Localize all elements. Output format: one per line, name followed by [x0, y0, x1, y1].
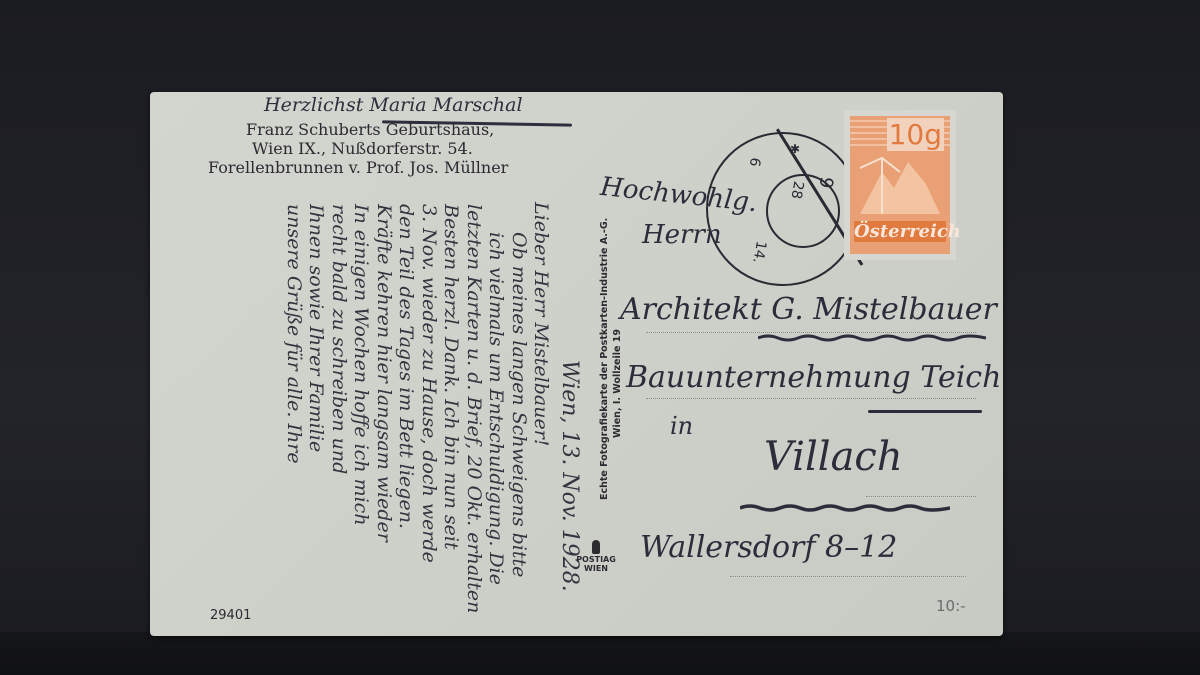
caption-line-2: Wien IX., Nußdorferstr. 54.: [208, 139, 508, 158]
stamp-design: 10g Österreich: [850, 116, 950, 254]
message-column: Ob meines langen Schweigens bitte: [508, 232, 530, 577]
caption-line-1: Franz Schuberts Geburtshaus,: [208, 120, 508, 139]
company-underline: [868, 410, 982, 413]
postmark-year: 28: [787, 180, 806, 200]
printed-caption: Franz Schuberts Geburtshaus, Wien IX., N…: [208, 120, 508, 177]
message-column: letzten Karten u. d. Brief, 20 Okt. erha…: [463, 204, 485, 613]
message-column: Ihnen sowie Ihrer Familie: [305, 204, 327, 452]
address-line-4: [730, 576, 966, 577]
handwritten-signature: Herzlichst Maria Marschal: [264, 94, 523, 116]
postcard: Herzlichst Maria Marschal Franz Schubert…: [150, 92, 1003, 636]
pencil-price-note: 10:-: [936, 597, 966, 615]
address-line-1: [646, 332, 976, 333]
display-shelf: [0, 632, 1200, 675]
address-city: Villach: [764, 434, 903, 480]
postmark-day: 6: [746, 156, 763, 168]
mountain-icon: [860, 154, 940, 214]
logo-figure-icon: [592, 540, 600, 554]
city-underline-wave: [740, 504, 950, 512]
address-company: Bauunternehmung Teich: [626, 360, 1001, 395]
address-street: Wallersdorf 8–12: [640, 530, 897, 565]
postmark-time: 14.: [749, 240, 769, 265]
name-underline-wave: [758, 334, 986, 342]
address-title: Herrn: [642, 220, 722, 250]
logo-text-1: POSTIAG: [575, 555, 617, 564]
message-column: Besten herzl. Dank. Ich bin nun seit: [440, 204, 462, 550]
message-column: unsere Grüße für alle. Ihre: [283, 204, 305, 464]
serial-number: 29401: [210, 608, 251, 623]
message-column: recht bald zu schreiben und: [328, 204, 350, 474]
publisher-logo: POSTIAG WIEN: [575, 540, 617, 573]
postmark-star-icon: ✱: [790, 142, 800, 156]
address-city-prefix: in: [670, 412, 693, 440]
address-line-2: [646, 398, 976, 399]
publisher-imprint: Echte Fotografiekarte der Postkarten-Ind…: [598, 218, 624, 500]
address-line-3: [866, 496, 976, 497]
caption-line-3: Forellenbrunnen v. Prof. Jos. Müllner: [208, 158, 508, 177]
message-column: In einigen Wochen hoffe ich mich: [350, 204, 372, 526]
stamp-country: Österreich: [854, 221, 946, 242]
message-column: Kräfte kehren hier langsam wieder: [373, 204, 395, 542]
message-column: Lieber Herr Mistelbauer!: [530, 202, 552, 446]
publisher-line-2: Wien, I. Wollzeile 19: [611, 218, 624, 500]
message-column: den Teil des Tages im Bett liegen.: [395, 204, 417, 529]
message-column: 3. Nov. wieder zu Hause, doch werde: [418, 204, 440, 563]
postage-stamp: 10g Österreich: [844, 110, 956, 260]
publisher-line-1: Echte Fotografiekarte der Postkarten-Ind…: [598, 218, 611, 500]
address-name: Architekt G. Mistelbauer: [620, 292, 997, 327]
message-column: ich vielmals um Entschuldigung. Die: [485, 232, 507, 585]
stamp-value: 10g: [887, 118, 944, 151]
logo-text-2: WIEN: [575, 564, 617, 573]
